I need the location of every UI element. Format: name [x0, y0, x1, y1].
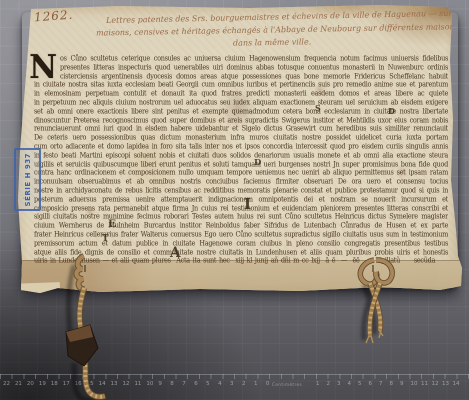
- series-stamp-label: SÉRIE H 937: [24, 153, 32, 206]
- archival-header-line-3: dans la même ville.: [233, 37, 311, 47]
- year-annotation: 1262.: [34, 8, 74, 25]
- ruler-number: 3: [337, 381, 341, 387]
- ruler-number: 6: [194, 381, 198, 387]
- seal-slit-right: [372, 265, 374, 272]
- ruler-number: 21: [15, 381, 22, 387]
- ruler-number: 20: [27, 381, 34, 387]
- ruler-number: 9: [400, 381, 404, 387]
- ruler-tickline: [0, 374, 469, 379]
- ruler-number: 2: [327, 381, 331, 387]
- ruler-number: 22: [3, 381, 10, 387]
- ruler-number: 12: [123, 381, 130, 387]
- ruler-number: 17: [63, 381, 70, 387]
- ruler-number: 3: [230, 381, 234, 387]
- ruler-number: 10: [411, 381, 418, 387]
- manuscript-text: os Cůno scultetus ceterique consules ac …: [34, 54, 448, 266]
- ruler-number: 9: [158, 381, 162, 387]
- ruler-number: 2: [242, 381, 246, 387]
- ruler-number: 19: [39, 381, 46, 387]
- ruler-number: 14: [99, 381, 106, 387]
- ruler-number: 4: [218, 381, 222, 387]
- initial-capital: D: [388, 107, 395, 115]
- ruler-number: 8: [170, 381, 174, 387]
- ruler-number: 10: [146, 381, 153, 387]
- ruler-number: 6: [369, 381, 373, 387]
- ruler-number: 7: [182, 381, 186, 387]
- ruler-number: 7: [379, 381, 383, 387]
- ruler-number: 18: [51, 381, 58, 387]
- ruler: Centimètres 2221201918171615141312111098…: [0, 374, 469, 396]
- ruler-number: 1: [254, 381, 258, 387]
- ruler-number: 14: [453, 381, 460, 387]
- series-stamp: SÉRIE H 937: [14, 148, 41, 211]
- initial-capital: A: [170, 247, 180, 261]
- ruler-number: 13: [442, 381, 449, 387]
- ruler-number: 16: [75, 381, 82, 387]
- initial-capital: I: [244, 197, 251, 212]
- ruler-number: 8: [390, 381, 394, 387]
- ruler-number: 12: [432, 381, 439, 387]
- ruler-number: 4: [348, 381, 352, 387]
- ruler-number: 15: [87, 381, 94, 387]
- initial-capital: D: [254, 159, 261, 168]
- ruler-number: 11: [134, 381, 141, 387]
- initial-capital: E: [108, 219, 116, 230]
- ruler-number: 13: [111, 381, 118, 387]
- ruler-number: 5: [206, 381, 210, 387]
- manuscript-text-line-last: uiris in Lundenhusen — et alii quam plur…: [34, 256, 448, 266]
- ruler-number: 5: [358, 381, 362, 387]
- ruler-number: 11: [421, 381, 428, 387]
- initial-capital: S: [315, 104, 321, 112]
- ruler-number: 1: [316, 381, 320, 387]
- photograph-of-charter: { "annotations": { "year": "1262.", "hea…: [0, 0, 469, 400]
- ruler-number: 0: [266, 381, 270, 387]
- initial-capital: T: [102, 235, 109, 244]
- ruler-label: Centimètres: [272, 382, 302, 387]
- seal-slit-left: [84, 265, 86, 272]
